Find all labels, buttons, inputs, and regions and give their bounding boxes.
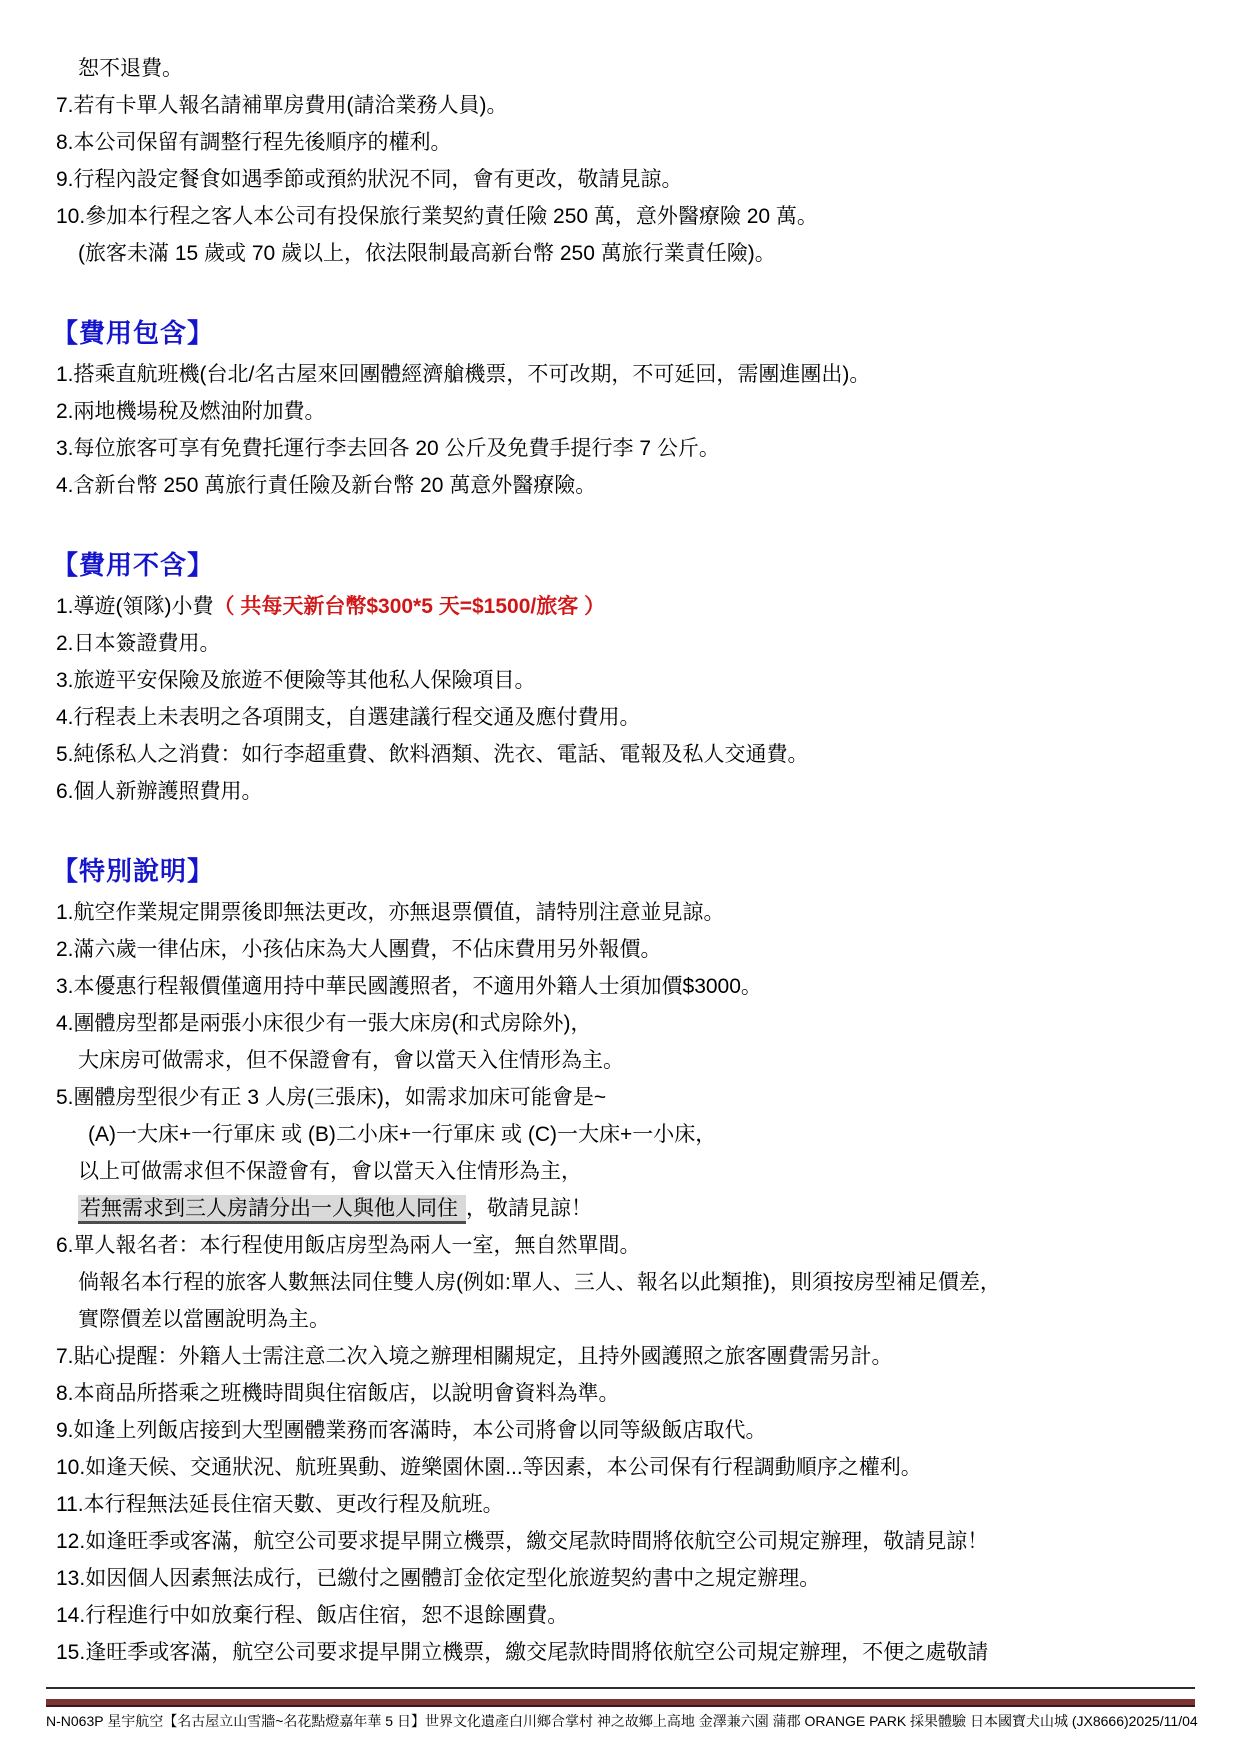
excluded-item: 2.日本簽證費用。 xyxy=(0,625,1241,662)
included-item: 3.每位旅客可享有免費托運行李去回各 20 公斤及免費手提行李 7 公斤。 xyxy=(0,430,1241,467)
intro-line: (旅客未滿 15 歲或 70 歲以上，依法限制最高新台幣 250 萬旅行業責任險… xyxy=(0,235,1241,272)
excluded-item: 5.純係私人之消費：如行李超重費、飲料酒類、洗衣、電話、電報及私人交通費。 xyxy=(0,736,1241,773)
excluded-item-text: 1.導遊(領隊)小費 xyxy=(56,595,214,618)
tip-amount-note: （ 共每天新台幣$300*5 天=$1500/旅客 ） xyxy=(214,595,606,618)
footer-text: N-N063P 星宇航空【名古屋立山雪牆~名花點燈嘉年華 5 日】世界文化遺產白… xyxy=(0,1711,1241,1731)
section-heading-excluded: 【費用不含】 xyxy=(0,542,1241,588)
intro-line: 9.行程內設定餐食如遇季節或預約狀況不同，會有更改，敬請見諒。 xyxy=(0,161,1241,198)
included-item: 2.兩地機場稅及燃油附加費。 xyxy=(0,393,1241,430)
excluded-item: 6.個人新辦護照費用。 xyxy=(0,773,1241,810)
note-line: 11.本行程無法延長住宿天數、更改行程及航班。 xyxy=(0,1486,1241,1523)
intro-line: 恕不退費。 xyxy=(0,50,1241,87)
document-page: 恕不退費。 7.若有卡單人報名請補單房費用(請洽業務人員)。 8.本公司保留有調… xyxy=(0,0,1241,1755)
note-line: 7.貼心提醒：外籍人士需注意二次入境之辦理相關規定，且持外國護照之旅客團費需另計… xyxy=(0,1338,1241,1375)
note-line: 12.如逢旺季或客滿，航空公司要求提早開立機票，繳交尾款時間將依航空公司規定辦理… xyxy=(0,1523,1241,1560)
footer-separator xyxy=(46,1687,1195,1707)
note-line: 10.如逢天候、交通狀況、航班異動、遊樂園休園...等因素，本公司保有行程調動順… xyxy=(0,1449,1241,1486)
footer-separator-thick-line xyxy=(46,1699,1195,1707)
note-line: 大床房可做需求，但不保證會有，會以當天入住情形為主。 xyxy=(0,1042,1241,1079)
note-line: 2.滿六歲一律佔床，小孩佔床為大人團費，不佔床費用另外報價。 xyxy=(0,931,1241,968)
note-line: 倘報名本行程的旅客人數無法同住雙人房(例如:單人、三人、報名以此類推)，則須按房… xyxy=(0,1264,1241,1301)
excluded-item: 1.導遊(領隊)小費（ 共每天新台幣$300*5 天=$1500/旅客 ） xyxy=(0,588,1241,625)
section-heading-included: 【費用包含】 xyxy=(0,310,1241,356)
note-line: 8.本商品所搭乘之班機時間與住宿飯店，以說明會資料為準。 xyxy=(0,1375,1241,1412)
note-line: 6.單人報名者：本行程使用飯店房型為兩人一室，無自然單間。 xyxy=(0,1227,1241,1264)
note-line: 以上可做需求但不保證會有，會以當天入住情形為主， xyxy=(0,1153,1241,1190)
footer-separator-thin-line xyxy=(46,1687,1195,1689)
intro-line: 8.本公司保留有調整行程先後順序的權利。 xyxy=(0,124,1241,161)
included-item: 4.含新台幣 250 萬旅行責任險及新台幣 20 萬意外醫療險。 xyxy=(0,467,1241,504)
note-line: 15.逢旺季或客滿，航空公司要求提早開立機票，繳交尾款時間將依航空公司規定辦理，… xyxy=(0,1634,1241,1671)
note-line: (A)一大床+一行軍床 或 (B)二小床+一行軍床 或 (C)一大床+一小床， xyxy=(0,1116,1241,1153)
highlight-rest: ，敬請見諒！ xyxy=(466,1197,592,1220)
note-line: 實際價差以當團說明為主。 xyxy=(0,1301,1241,1338)
note-line: 9.如逢上列飯店接到大型團體業務而客滿時，本公司將會以同等級飯店取代。 xyxy=(0,1412,1241,1449)
highlight-text: 若無需求到三人房請分出一人與他人同住 xyxy=(78,1195,466,1224)
note-line: 若無需求到三人房請分出一人與他人同住，敬請見諒！ xyxy=(0,1190,1241,1227)
excluded-item: 4.行程表上未表明之各項開支，自選建議行程交通及應付費用。 xyxy=(0,699,1241,736)
note-line: 3.本優惠行程報價僅適用持中華民國護照者，不適用外籍人士須加價$3000。 xyxy=(0,968,1241,1005)
note-line: 4.團體房型都是兩張小床很少有一張大床房(和式房除外)， xyxy=(0,1005,1241,1042)
intro-line: 10.參加本行程之客人本公司有投保旅行業契約責任險 250 萬，意外醫療險 20… xyxy=(0,198,1241,235)
note-line: 5.團體房型很少有正 3 人房(三張床)，如需求加床可能會是~ xyxy=(0,1079,1241,1116)
note-line: 14.行程進行中如放棄行程、飯店住宿，恕不退餘團費。 xyxy=(0,1597,1241,1634)
section-heading-notes: 【特別說明】 xyxy=(0,848,1241,894)
note-line: 1.航空作業規定開票後即無法更改，亦無退票價值，請特別注意並見諒。 xyxy=(0,894,1241,931)
intro-line: 7.若有卡單人報名請補單房費用(請洽業務人員)。 xyxy=(0,87,1241,124)
excluded-item: 3.旅遊平安保險及旅遊不便險等其他私人保險項目。 xyxy=(0,662,1241,699)
included-item: 1.搭乘直航班機(台北/名古屋來回團體經濟艙機票，不可改期，不可延回，需團進團出… xyxy=(0,356,1241,393)
note-line: 13.如因個人因素無法成行，已繳付之團體訂金依定型化旅遊契約書中之規定辦理。 xyxy=(0,1560,1241,1597)
